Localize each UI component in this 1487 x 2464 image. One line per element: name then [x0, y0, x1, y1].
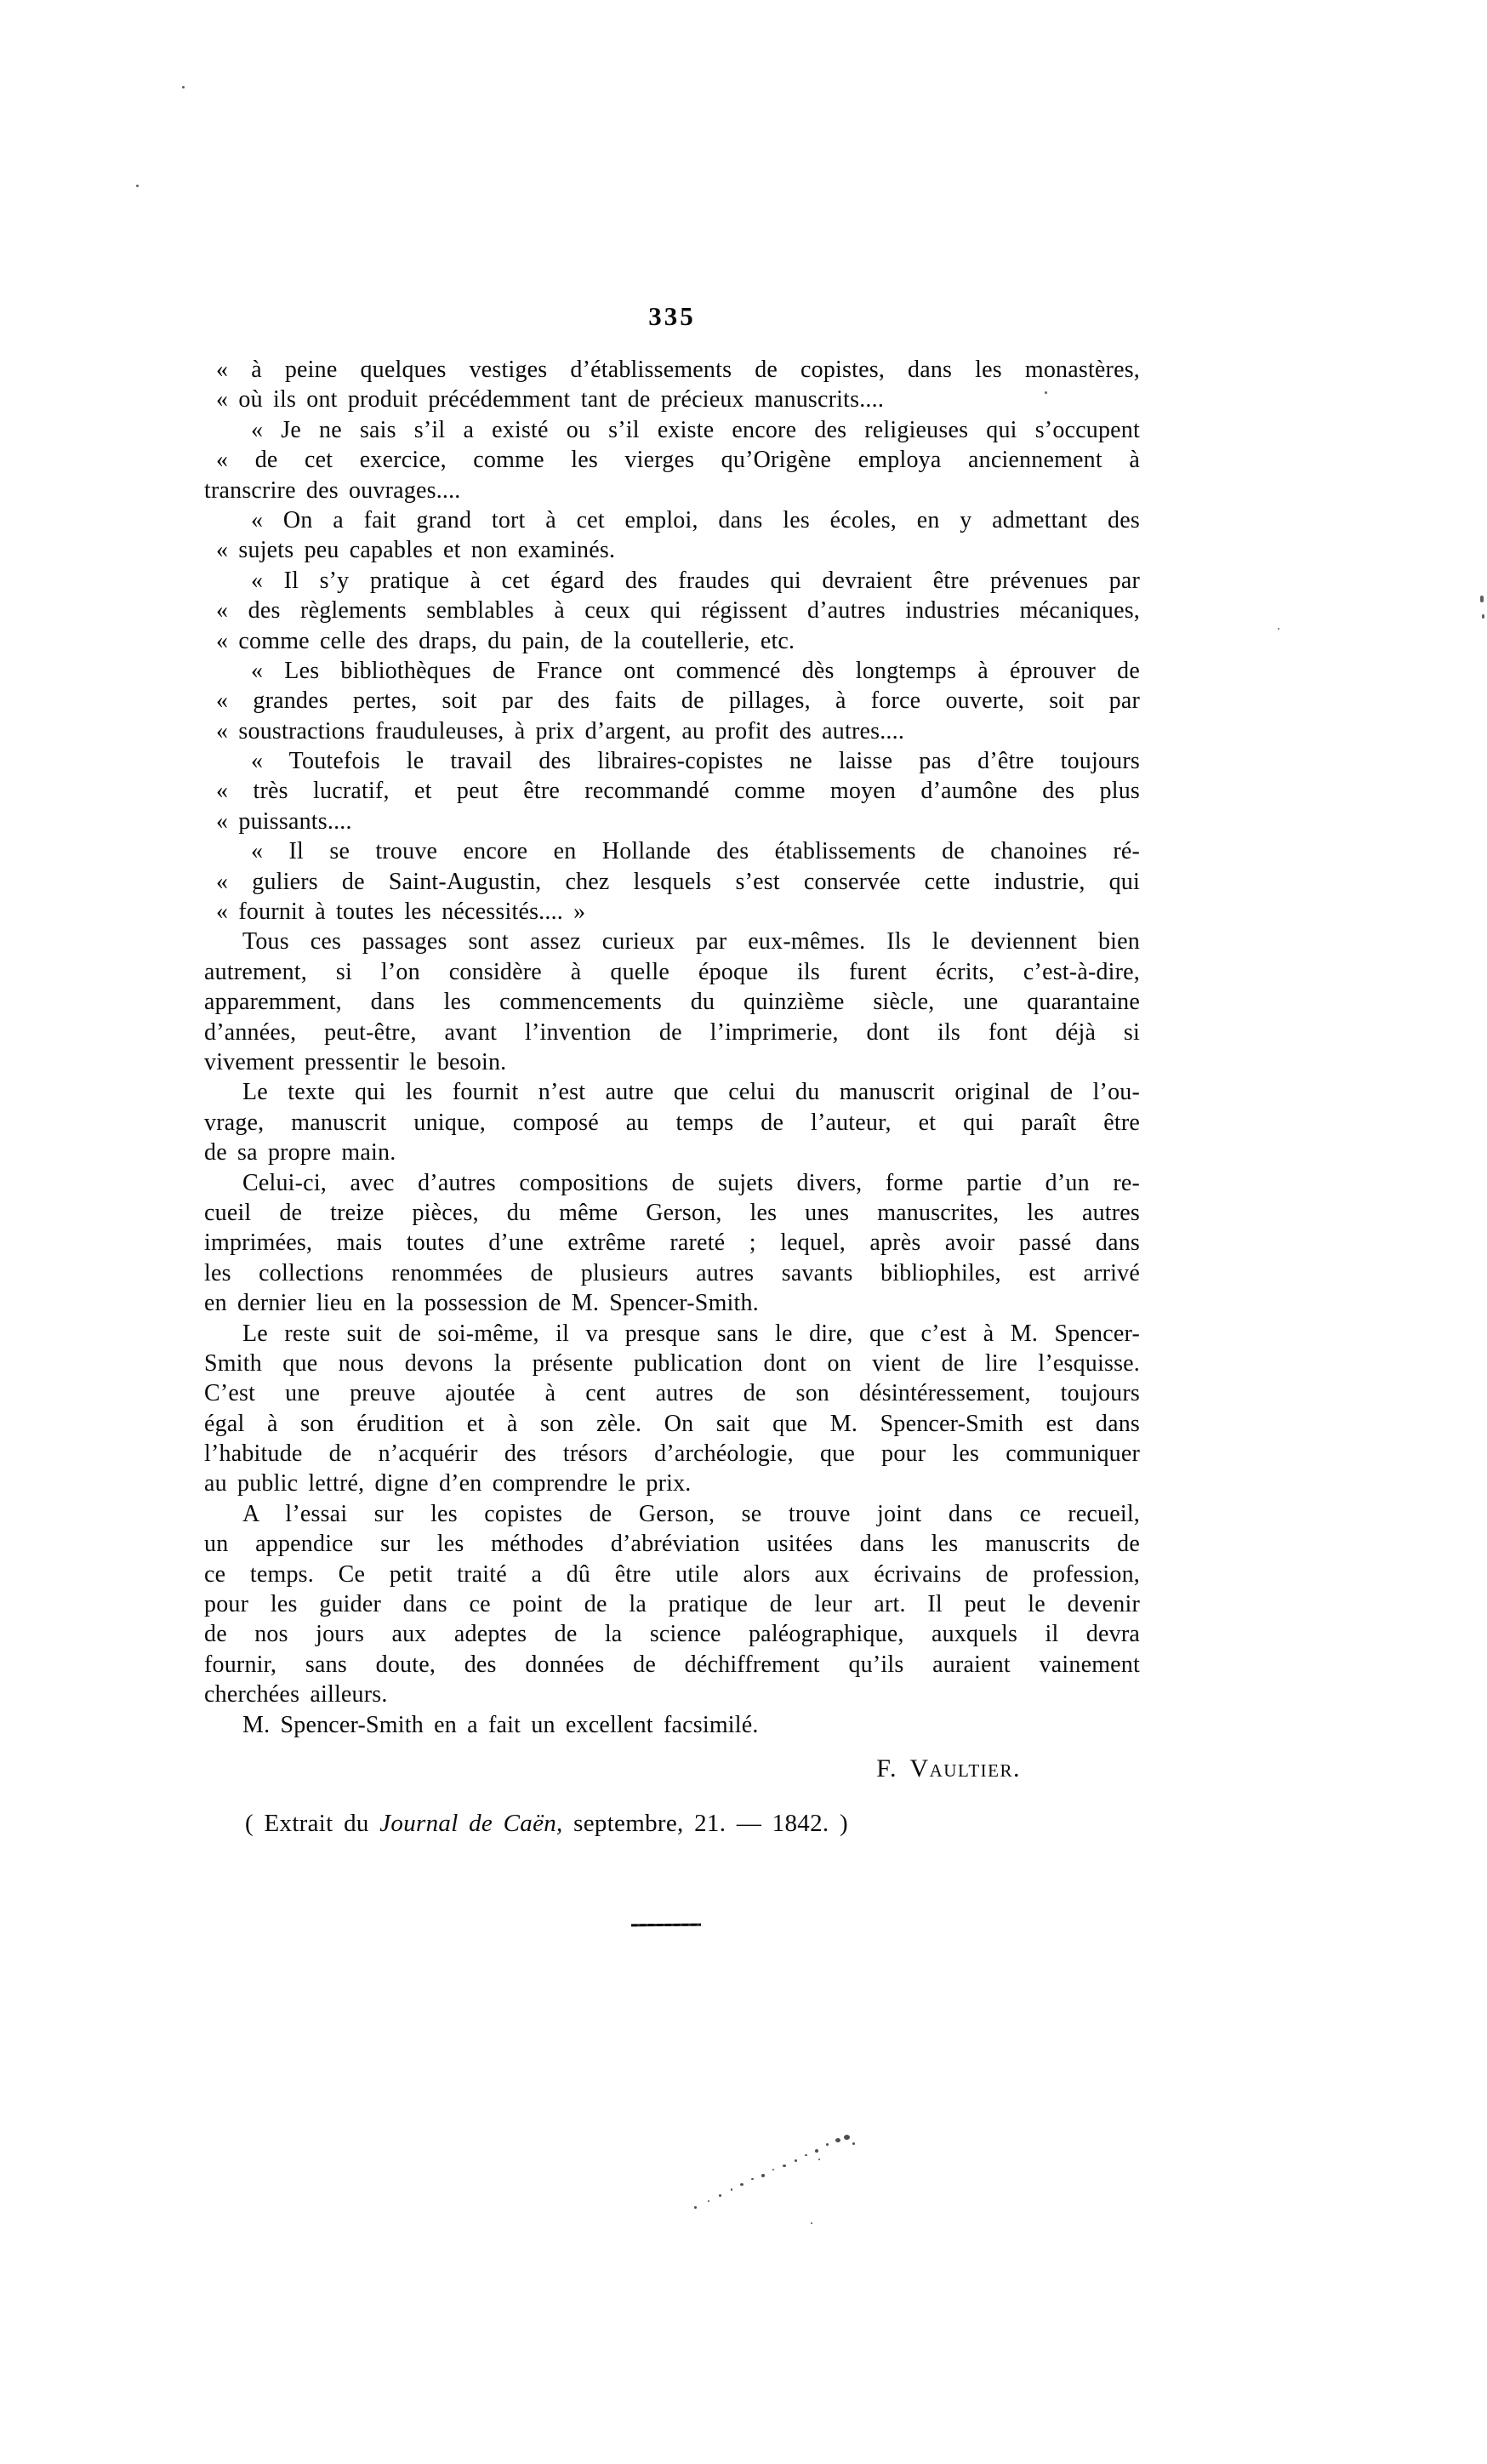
text-line: « guliers de Saint-Augustin, chez lesque… [204, 867, 1140, 897]
scribble-dot [818, 2159, 820, 2160]
text-line: « Les bibliothèques de France ont commen… [204, 656, 1140, 686]
citation-journal-title: Journal de Caën, [379, 1810, 562, 1837]
text-line: « de cet exercice, comme les vierges qu’… [204, 445, 1140, 475]
text-line: apparemment, dans les commencements du q… [204, 987, 1140, 1017]
source-citation: ( Extrait du Journal de Caën, septembre,… [245, 1810, 848, 1838]
text-line: « Je ne sais s’il a existé ou s’il exist… [204, 415, 1140, 445]
text-line: imprimées, mais toutes d’une extrême rar… [204, 1228, 1140, 1258]
text-block: « à peine quelques vestiges d’établissem… [204, 355, 1140, 1740]
text-line: « des règlements semblables à ceux qui r… [204, 596, 1140, 625]
text-line: « soustractions frauduleuses, à prix d’a… [204, 716, 1140, 746]
text-line: Le reste suit de soi-même, il va presque… [204, 1319, 1140, 1349]
scribble-dot [835, 2138, 840, 2142]
text-line: Celui-ci, avec d’autres compositions de … [204, 1168, 1140, 1198]
text-line: « Il s’y pratique à cet égard des fraude… [204, 566, 1140, 596]
scribble-dot [826, 2143, 829, 2146]
text-line: égal à son érudition et à son zèle. On s… [204, 1409, 1140, 1439]
text-line: « puissants.... [204, 807, 1140, 836]
scribble-dot [708, 2200, 709, 2202]
text-line: « fournit à toutes les nécessités.... » [204, 897, 1140, 927]
text-line: « Toutefois le travail des libraires-cop… [204, 746, 1140, 776]
text-line: « très lucratif, et peut être recommandé… [204, 776, 1140, 806]
citation-suffix: septembre, 21. — 1842. ) [563, 1810, 848, 1837]
scanned-page: 335 « à peine quelques vestiges d’établi… [0, 0, 1487, 2464]
text-line: « Il se trouve encore en Hollande des ét… [204, 836, 1140, 866]
text-line: cueil de treize pièces, du même Gerson, … [204, 1198, 1140, 1228]
page-number: 335 [204, 301, 1140, 332]
text-line: l’habitude de n’acquérir des trésors d’a… [204, 1439, 1140, 1469]
text-line: ce temps. Ce petit traité a dû être util… [204, 1560, 1140, 1589]
text-line: d’années, peut-être, avant l’invention d… [204, 1018, 1140, 1047]
text-line: fournir, sans doute, des données de déch… [204, 1650, 1140, 1680]
text-line: A l’essai sur les copistes de Gerson, se… [204, 1499, 1140, 1529]
text-line: pour les guider dans ce point de la prat… [204, 1589, 1140, 1619]
scribble-dot [795, 2159, 797, 2162]
scribble-dot [761, 2174, 765, 2177]
scribble-dot [740, 2183, 743, 2186]
text-line: M. Spencer-Smith en a fait un excellent … [204, 1710, 1140, 1740]
text-line: « sujets peu capables et non examinés. [204, 535, 1140, 565]
text-line: les collections renommées de plusieurs a… [204, 1258, 1140, 1288]
scribble-dot [772, 2169, 774, 2170]
scribble-dot [815, 2149, 818, 2153]
text-line: C’est une preuve ajoutée à cent autres d… [204, 1378, 1140, 1408]
text-line: Tous ces passages sont assez curieux par… [204, 927, 1140, 956]
text-line: « On a fait grand tort à cet emploi, dan… [204, 505, 1140, 535]
scribble-dot [719, 2194, 721, 2197]
ink-speck [1045, 391, 1047, 394]
scribble-dot [811, 2222, 812, 2224]
scribble-dot [805, 2154, 807, 2156]
scribble-dot [844, 2135, 850, 2140]
text-line: de nos jours aux adeptes de la science p… [204, 1619, 1140, 1649]
text-line: un appendice sur les méthodes d’abréviat… [204, 1529, 1140, 1559]
text-line: « grandes pertes, soit par des faits de … [204, 686, 1140, 716]
text-line: transcrire des ouvrages.... [204, 476, 1140, 505]
text-line: « comme celle des draps, du pain, de la … [204, 626, 1140, 656]
text-line: en dernier lieu en la possession de M. S… [204, 1288, 1140, 1318]
text-line: vrage, manuscrit unique, composé au temp… [204, 1108, 1140, 1138]
text-line: de sa propre main. [204, 1138, 1140, 1167]
scribble-dot [783, 2165, 786, 2167]
citation-prefix: ( Extrait du [245, 1810, 379, 1837]
signature: F. Vaultier. [204, 1754, 1140, 1783]
scribble-dot [751, 2178, 754, 2180]
text-line: autrement, si l’on considère à quelle ép… [204, 957, 1140, 987]
scribble-dot [694, 2206, 697, 2209]
separator-rule [631, 1924, 701, 1927]
text-line: « à peine quelques vestiges d’établissem… [204, 355, 1140, 385]
ink-speck [1278, 628, 1279, 630]
pencil-scribble [691, 2131, 869, 2216]
text-line: vivement pressentir le besoin. [204, 1047, 1140, 1077]
text-line: Le texte qui les fournit n’est autre que… [204, 1077, 1140, 1107]
text-line: « où ils ont produit précédemment tant d… [204, 385, 1140, 414]
text-line: Smith que nous devons la présente public… [204, 1349, 1140, 1378]
ink-speck [182, 86, 185, 88]
text-line: au public lettré, digne d’en comprendre … [204, 1469, 1140, 1498]
ink-speck [136, 185, 139, 187]
text-line: cherchées ailleurs. [204, 1680, 1140, 1709]
ink-speck [1482, 614, 1484, 619]
ink-speck [1480, 596, 1484, 602]
scribble-dot [852, 2142, 855, 2145]
scribble-dot [731, 2188, 732, 2191]
